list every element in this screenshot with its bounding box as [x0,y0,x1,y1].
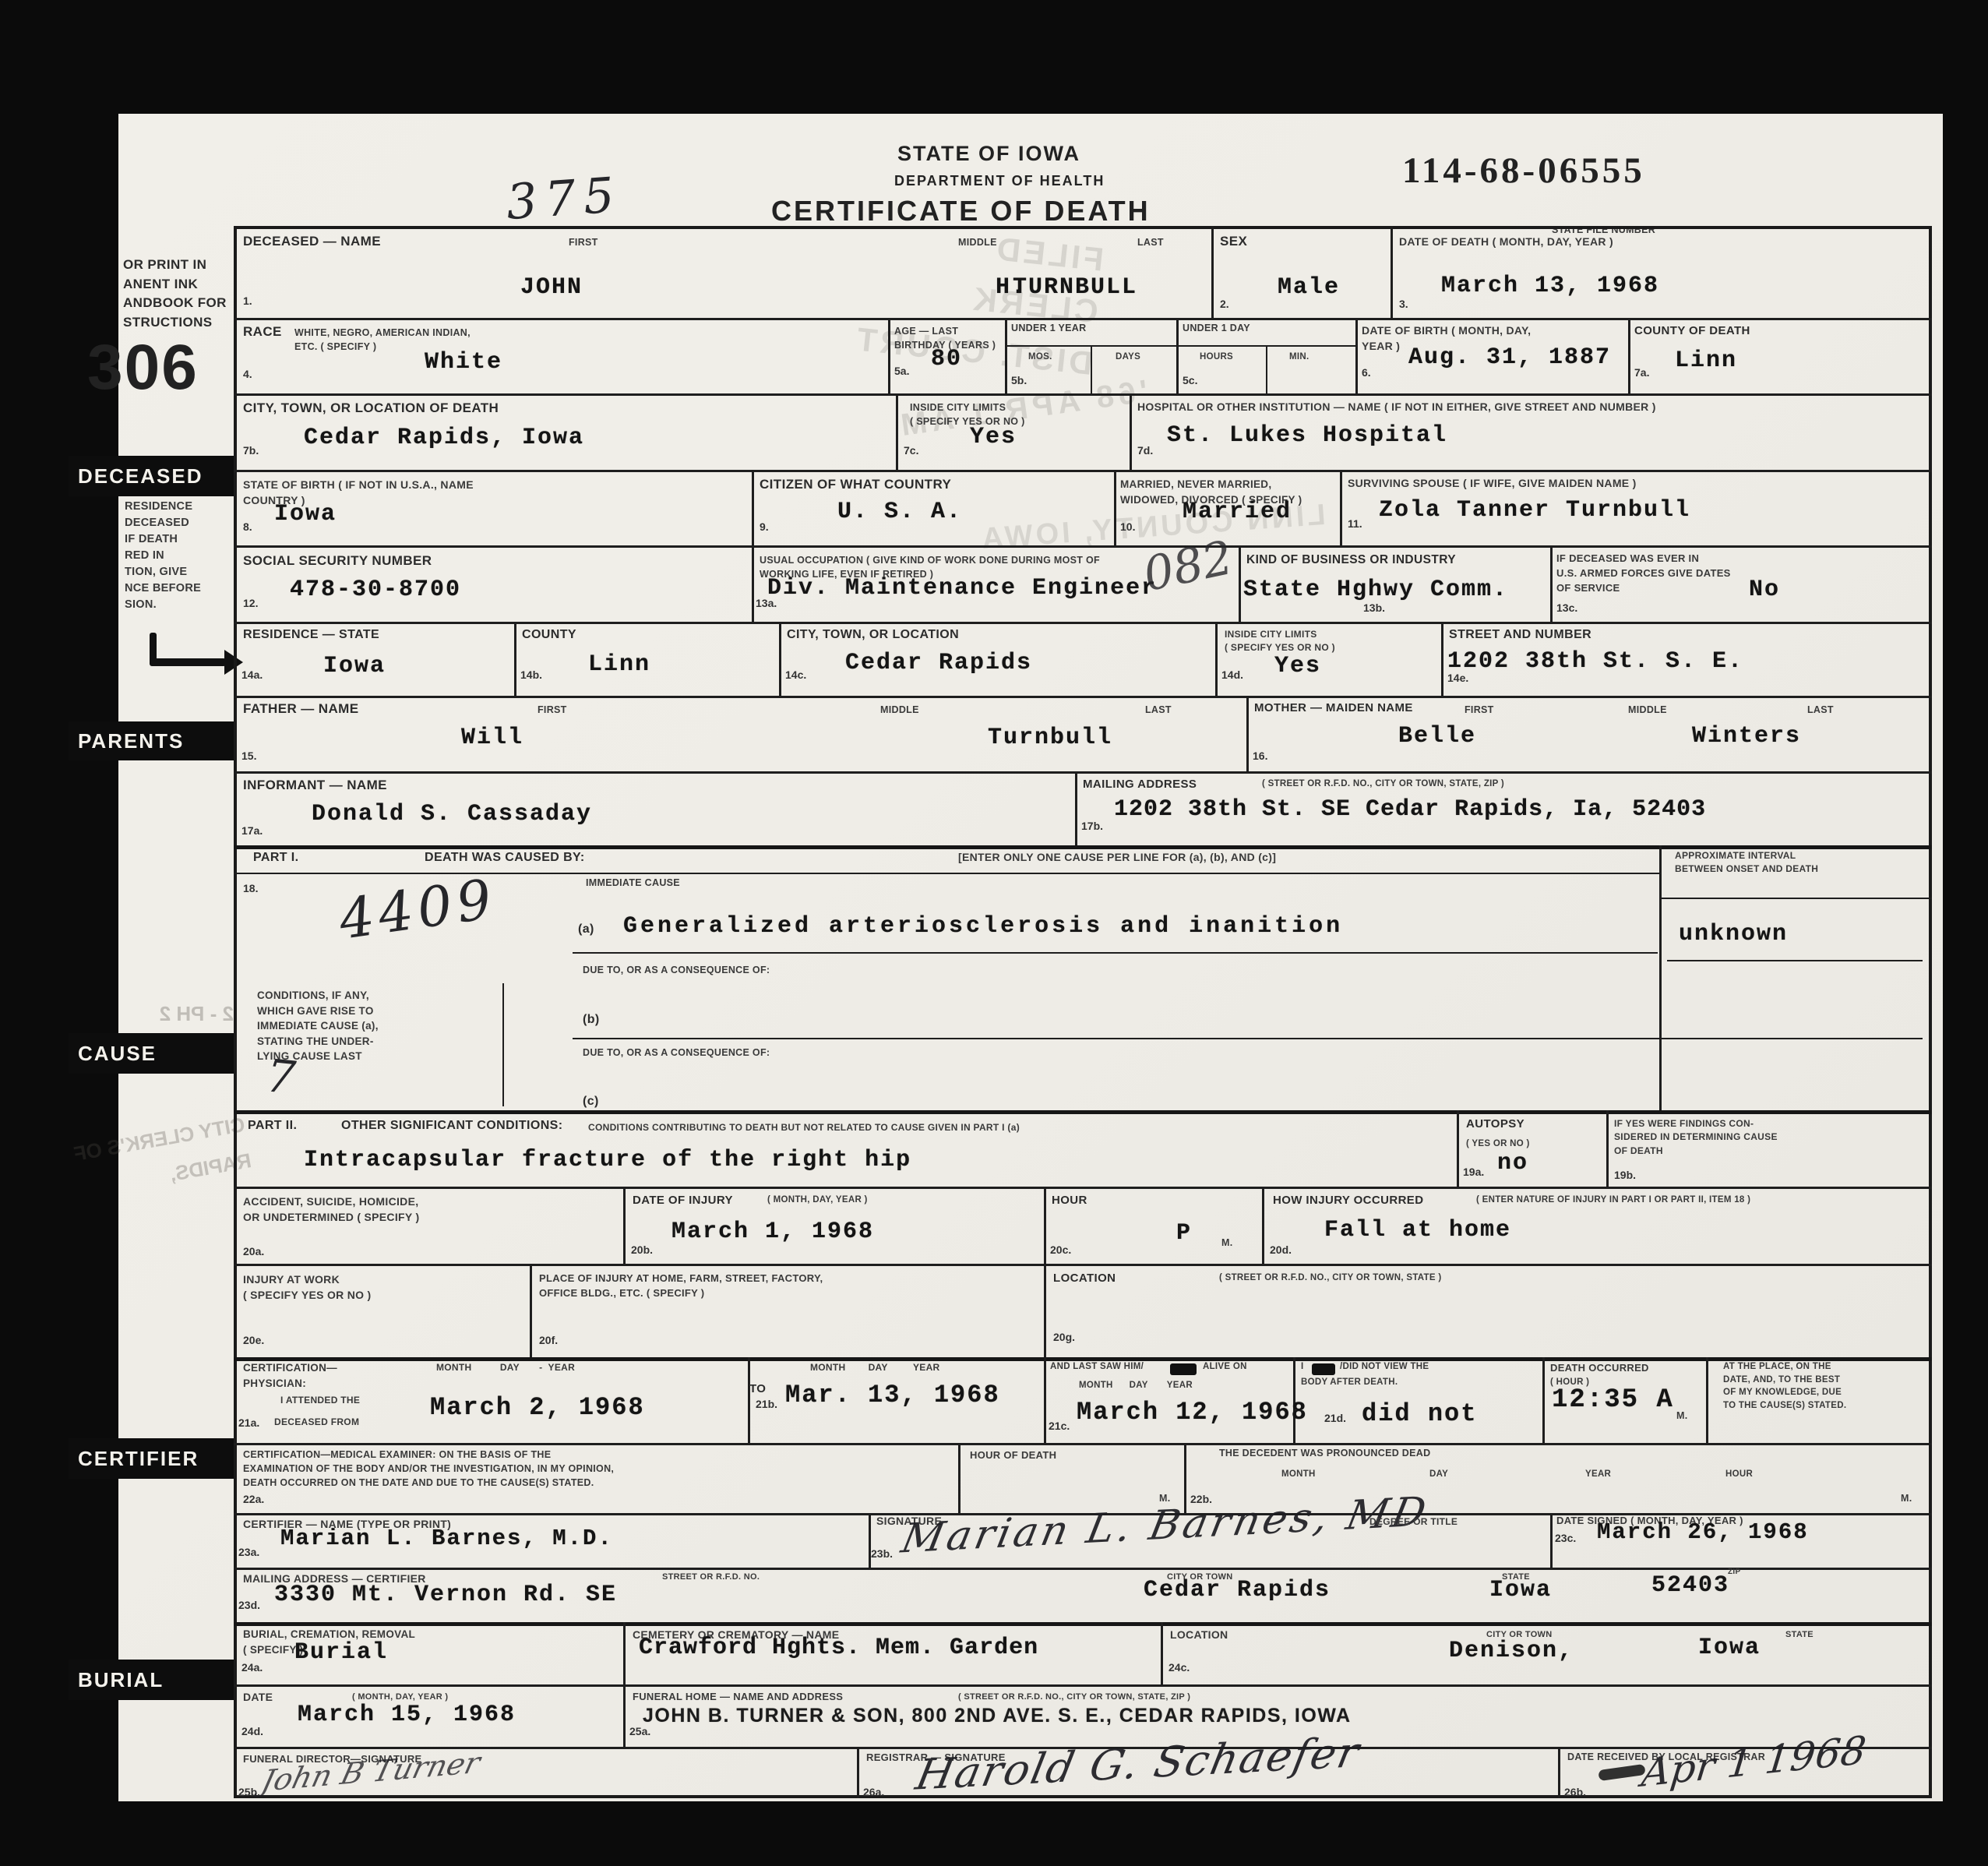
item-20g-number: 20g. [1053,1331,1075,1343]
grid-line [1091,345,1092,393]
middle-label: MIDDLE [958,237,997,248]
state-heading: STATE OF IOWA [897,142,1080,166]
interval-label: APPROXIMATE INTERVAL BETWEEN ONSET AND D… [1675,849,1818,877]
attended-label: I ATTENDED THE [280,1395,360,1406]
certifier-city-value: Cedar Rapids [1144,1577,1331,1603]
place-of-injury-label: PLACE OF INJURY AT HOME, FARM, STREET, F… [539,1272,823,1301]
informant-address-value: 1202 38th St. SE Cedar Rapids, Ia, 52403 [1114,796,1706,823]
last-saw-label-1: AND LAST SAW HIM/ [1050,1362,1144,1371]
grid-line [752,470,754,545]
mother-first-value: Belle [1398,723,1476,750]
view-label-3: BODY AFTER DEATH. [1301,1377,1398,1387]
autopsy-label: AUTOPSY [1466,1117,1524,1131]
mother-first-label: FIRST [1465,704,1494,715]
part2-value: Intracapsular fracture of the right hip [304,1147,911,1173]
item-20e-number: 20e. [243,1334,264,1346]
state-file-number: 114-68-06555 [1402,150,1645,192]
item-20b-number: 20b. [631,1243,653,1256]
informant-value: Donald S. Cassaday [312,801,592,827]
grid-line [234,1684,1932,1687]
handwritten-seven: 7 [264,1049,298,1104]
residence-icl-label: INSIDE CITY LIMITS ( SPECIFY YES OR NO ) [1225,628,1335,655]
marital-status-value: Married [1183,499,1292,525]
due-to-label-1: DUE TO, OR AS A CONSEQUENCE OF: [583,965,770,975]
grid-line [1075,771,1077,845]
how-injury-label: HOW INJURY OCCURRED [1273,1194,1423,1207]
grid-line [234,1187,1932,1189]
mdy-header-1: MONTH DAY - YEAR [436,1362,575,1373]
residence-county-value: Linn [588,651,650,678]
grid-line [1176,318,1179,393]
grid-line [234,1357,1932,1361]
grid-line [1114,470,1116,545]
section-tab-parents: PARENTS [69,721,235,760]
hours-label: HOURS [1200,352,1233,362]
part2-conditions-label: OTHER SIGNIFICANT CONDITIONS: [341,1119,562,1133]
deceased-name-label: DECEASED — NAME [243,234,381,249]
grid-line [1558,1747,1560,1798]
certifier-state-value: Iowa [1489,1577,1552,1603]
grid-line [958,1443,961,1513]
grid-line [1542,1357,1545,1443]
father-last-label: LAST [1145,704,1172,715]
pronounced-year-label: YEAR [1585,1469,1611,1479]
burial-state-label: STATE [1785,1630,1814,1639]
item-12-number: 12. [243,597,258,609]
days-label: DAYS [1116,352,1140,362]
medical-examiner-label: CERTIFICATION—MEDICAL EXAMINER: ON THE B… [243,1448,614,1490]
item-7c-number: 7c. [904,444,918,457]
date-of-injury-value: March 1, 1968 [671,1219,874,1245]
part1-label: PART I. [253,851,299,865]
pronounced-dead-label: THE DECEDENT WAS PRONOUNCED DEAD [1219,1448,1430,1459]
item-19a-number: 19a. [1463,1166,1484,1178]
item-1-number: 1. [243,295,252,307]
view-label-2: /DID NOT VIEW THE [1340,1362,1429,1371]
to-label: TO [749,1382,766,1395]
grid-line [857,1747,859,1798]
certifier-zip-value: 52403 [1651,1572,1729,1599]
grid-line [748,1357,750,1443]
burial-location-label: LOCATION [1170,1628,1228,1641]
item-7b-number: 7b. [243,444,259,457]
informant-address-label: MAILING ADDRESS [1083,778,1197,791]
grid-line [1239,545,1241,622]
how-injury-value: Fall at home [1324,1217,1511,1243]
part2-label: PART II. [248,1119,297,1133]
item-23b-number: 23b. [871,1547,893,1560]
armed-forces-value: No [1749,577,1780,603]
redaction-mark-did [1312,1363,1335,1375]
item-2-number: 2. [1220,298,1229,310]
autopsy-value: no [1497,1150,1528,1176]
grid-line [1130,393,1132,470]
cause-c-label: (c) [583,1095,599,1109]
section-tab-certifier: CERTIFIER [69,1438,235,1479]
grid-line [1457,1110,1459,1187]
section-tab-deceased: DECEASED [69,456,235,496]
item-21b-number: 21b. [756,1398,777,1410]
cause-b-label: (b) [583,1013,600,1027]
item-17a-number: 17a. [241,824,263,837]
grid-line [234,1264,1932,1266]
grid-line [1606,1110,1609,1187]
street-number-value: 1202 38th St. S. E. [1447,648,1743,675]
item-14d-number: 14d. [1221,668,1243,681]
certifier-zip-label: ZIP [1728,1568,1740,1576]
death-occurred-m-label: M. [1676,1410,1688,1421]
attended-from-value: March 2, 1968 [430,1393,645,1422]
burial-date-sublabel: ( MONTH, DAY, YEAR ) [352,1692,448,1702]
form-border [234,226,1932,1798]
county-of-death-value: Linn [1675,347,1737,374]
date-of-injury-sublabel: ( MONTH, DAY, YEAR ) [767,1195,868,1205]
grid-line [1266,345,1267,393]
ph-stamp: 2 - PH 2 [160,1002,234,1026]
death-occurred-value: 12:35 A [1552,1385,1674,1415]
grid-line [752,545,754,622]
grid-line [779,622,781,696]
funeral-home-sublabel: ( STREET OR R.F.D. NO., CITY OR TOWN, ST… [958,1692,1190,1702]
item-20c-number: 20c. [1050,1243,1071,1256]
grid-line [1044,1357,1046,1443]
county-of-death-label: COUNTY OF DEATH [1634,324,1750,337]
informant-label: INFORMANT — NAME [243,778,387,793]
conditions-brace-line [502,983,504,1106]
months-label: MOS. [1028,352,1052,362]
grid-line [1628,318,1630,393]
business-label: KIND OF BUSINESS OR INDUSTRY [1246,553,1456,567]
funeral-home-label: FUNERAL HOME — NAME AND ADDRESS [633,1691,843,1702]
grid-line [1246,696,1249,771]
certification-label: CERTIFICATION— [243,1362,337,1374]
cemetery-value: Crawford Hghts. Mem. Garden [639,1635,1038,1661]
item-11-number: 11. [1348,517,1362,530]
section-tab-burial: BURIAL [69,1660,235,1700]
cause-a-underline [573,952,1658,954]
street-number-label: STREET AND NUMBER [1449,628,1591,642]
date-signed-value: March 26, 1968 [1597,1519,1809,1545]
item-23c-number: 23c. [1555,1532,1576,1544]
item-26b-number: 26b. [1564,1786,1586,1798]
item-24a-number: 24a. [241,1661,263,1674]
accident-label: ACCIDENT, SUICIDE, HOMICIDE, OR UNDETERM… [243,1194,419,1226]
grid-line [1161,1622,1163,1684]
injury-location-sublabel: ( STREET OR R.F.D. NO., CITY OR TOWN, ST… [1219,1273,1441,1282]
occupation-value: Div. Maintenance Engineer [767,575,1157,601]
sex-value: Male [1278,274,1340,301]
margin-form-number: 306 [87,331,199,404]
item-21d-number: 21d. [1324,1412,1346,1424]
grid-line [234,622,1932,624]
pronounced-m-label: M. [1901,1493,1912,1504]
father-middle-label: MIDDLE [880,704,919,715]
due-to-label-2: DUE TO, OR AS A CONSEQUENCE OF: [583,1047,770,1058]
item-20a-number: 20a. [243,1245,264,1258]
grid-line [623,1622,626,1684]
injury-hour-value: P [1176,1220,1192,1247]
item-5a-number: 5b. [1011,374,1027,386]
residence-county-label: COUNTY [522,628,576,642]
findings-label: IF YES WERE FINDINGS CON- SIDERED IN DET… [1614,1117,1778,1158]
race-label: RACE [243,324,282,340]
grid-line [1391,226,1393,318]
pronounced-month-label: MONTH [1281,1469,1316,1479]
state-of-birth-value: Iowa [274,501,337,527]
citizen-value: U. S. A. [837,499,962,525]
date-of-birth-value: Aug. 31, 1887 [1408,344,1611,371]
residence-city-value: Cedar Rapids [845,650,1032,676]
grid-line [234,1622,1932,1626]
grid-line [1340,470,1342,545]
burial-date-value: March 15, 1968 [298,1702,516,1728]
grid-line [1005,345,1355,347]
father-last-value: Turnbull [988,725,1112,751]
item-15-number: 15. [241,750,256,762]
item-13b-number: 13b. [1363,601,1385,614]
item-7a-number: 7a. [1634,366,1649,379]
section-tab-cause: CAUSE [69,1033,235,1074]
dept-heading: DEPARTMENT OF HEALTH [894,173,1105,189]
grid-line [1550,1513,1553,1568]
city-of-death-value: Cedar Rapids, Iowa [304,425,584,451]
name-last-value: TURNBULL [1013,274,1137,301]
item-16-number: 16. [1253,750,1267,762]
mdy-header-3: MONTH DAY YEAR [1079,1381,1193,1390]
item-14b-number: 14b. [520,668,542,681]
funeral-home-value: JOHN B. TURNER & SON, 800 2ND AVE. S. E.… [643,1705,1352,1727]
item-10-number: 10. [1120,520,1135,533]
last-saw-label-2: ALIVE ON [1203,1362,1247,1371]
under-1-day-label: UNDER 1 DAY [1183,323,1250,333]
cause-b-underline [573,1038,1923,1039]
injury-hour-m-label: M. [1221,1237,1233,1248]
date-of-death-value: March 13, 1968 [1441,273,1659,299]
injury-hour-label: HOUR [1052,1194,1087,1207]
residence-icl-value: Yes [1274,653,1321,679]
race-value: White [425,349,502,376]
citizen-label: CITIZEN OF WHAT COUNTRY [760,477,951,492]
redaction-mark-her [1170,1363,1197,1375]
name-first-value: JOHN [520,274,583,301]
grid-line [530,1264,532,1357]
date-of-injury-label: DATE OF INJURY [633,1194,733,1207]
burial-state-value: Iowa [1698,1635,1761,1661]
hospital-value: St. Lukes Hospital [1167,422,1447,449]
grid-line [1262,1187,1264,1264]
view-label-1: I [1301,1362,1304,1371]
surviving-spouse-value: Zola Tanner Turnbull [1379,497,1690,524]
injury-at-work-label: INJURY AT WORK ( SPECIFY YES OR NO ) [243,1272,371,1303]
mother-last-label: LAST [1807,704,1834,715]
item-5c-number: 5c. [1183,374,1197,386]
ssn-value: 478-30-8700 [290,577,461,603]
grid-line [1706,1357,1708,1443]
part1-enter-only-label: [ENTER ONLY ONE CAUSE PER LINE FOR (a), … [958,851,1276,863]
surviving-spouse-label: SURVIVING SPOUSE ( IF WIFE, GIVE MAIDEN … [1348,477,1637,489]
residence-state-label: RESIDENCE — STATE [243,628,379,642]
interval-underline [1667,960,1923,961]
injury-location-label: LOCATION [1053,1272,1116,1285]
grid-line [1044,1264,1046,1357]
grid-line [1005,318,1007,393]
grid-line [234,470,1932,472]
mdy-header-2: MONTH DAY YEAR [810,1362,940,1373]
item-21c-number: 21c. [1049,1420,1070,1432]
place-date-note: AT THE PLACE, ON THE DATE, AND, TO THE B… [1723,1360,1846,1413]
physician-label: PHYSICIAN: [243,1377,306,1389]
grid-line [1044,1187,1046,1264]
item-5a-number2: 5a. [894,365,909,377]
margin-arrow-bar [150,658,226,666]
attended-to-value: Mar. 13, 1968 [785,1381,1000,1409]
residence-state-value: Iowa [323,653,386,679]
grid-line [234,1568,1932,1570]
grid-line [623,1187,626,1264]
item-14a-number: 14a. [241,668,263,681]
mother-name-label: MOTHER — MAIDEN NAME [1254,701,1413,714]
item-9-number: 9. [760,520,769,533]
how-injury-sublabel: ( ENTER NATURE OF INJURY IN PART I OR PA… [1476,1195,1750,1205]
grid-line [234,318,1932,320]
item-25b-number: 25b. [238,1786,260,1798]
informant-address-sublabel: ( STREET OR R.F.D. NO., CITY OR TOWN, ST… [1262,779,1504,788]
certifier-address-value: 3330 Mt. Vernon Rd. SE [274,1582,617,1608]
father-first-value: Will [461,725,523,751]
residence-city-label: CITY, TOWN, OR LOCATION [787,628,959,642]
death-occurred-label: DEATH OCCURRED [1550,1362,1649,1374]
cause-a-value: Generalized arteriosclerosis and inaniti… [623,913,1343,940]
inside-city-limits-value: Yes [970,424,1017,450]
grid-line [896,393,898,470]
grid-line [1215,622,1218,696]
grid-line [234,393,1932,396]
grid-line [234,1110,1932,1114]
certifier-name-value: Marian L. Barnes, M.D. [280,1526,613,1551]
item-24c-number: 24c. [1168,1661,1190,1674]
ssn-label: SOCIAL SECURITY NUMBER [243,553,432,569]
grid-line [514,622,516,696]
item-13c-number: 13c. [1556,601,1577,614]
deceased-from-label: DECEASED FROM [274,1416,359,1427]
item-20f-number: 20f. [539,1334,558,1346]
grid-line [234,696,1932,698]
mother-last-value: Winters [1692,723,1801,750]
burial-date-label: DATE [243,1691,273,1703]
hospital-label: HOSPITAL OR OTHER INSTITUTION — NAME ( I… [1137,400,1656,413]
business-value: State Hghwy Comm. [1243,577,1508,603]
item-17b-number: 17b. [1081,820,1103,832]
last-saw-value: March 12, 1968 [1077,1398,1308,1427]
autopsy-sublabel: ( YES OR NO ) [1466,1139,1530,1148]
mother-middle-label: MIDDLE [1628,704,1667,715]
view-value: did not [1362,1399,1477,1428]
first-label: FIRST [569,237,598,248]
father-name-label: FATHER — NAME [243,701,358,717]
under-1-year-label: UNDER 1 YEAR [1011,323,1086,333]
item-22a-number: 22a. [243,1493,264,1505]
grid-line [1355,318,1358,393]
item-23a-number: 23a. [238,1546,259,1558]
grid-line [1211,226,1214,318]
handwritten-register-number: 375 [505,166,624,231]
grid-line [234,1443,1932,1445]
part2-sublabel: CONDITIONS CONTRIBUTING TO DEATH BUT NOT… [588,1122,1020,1133]
margin-residence-note: RESIDENCE DECEASED IF DEATH RED IN TION,… [125,499,201,613]
item-20d-number: 20d. [1270,1243,1292,1256]
armed-forces-label: IF DECEASED WAS EVER IN U.S. ARMED FORCE… [1556,552,1731,596]
item-14c-number: 14c. [785,668,806,681]
sex-label: SEX [1220,234,1247,249]
pronounced-hour-label: HOUR [1725,1469,1753,1479]
item-4-number: 4. [243,368,252,380]
burial-city-value: Denison, [1449,1638,1574,1664]
immediate-cause-label: IMMEDIATE CAUSE [586,877,680,888]
degree-title-label: DEGREE OR TITLE [1369,1516,1458,1527]
grid-line [888,318,890,393]
item-23d-number: 23d. [238,1599,260,1611]
grid-line [1659,898,1932,899]
city-of-death-label: CITY, TOWN, OR LOCATION OF DEATH [243,400,499,416]
item-21a-number: 21a. [238,1416,259,1429]
grid-line [1441,622,1443,696]
item-18-number: 18. [243,882,258,894]
grid-line [234,545,1932,548]
pronounced-day-label: DAY [1429,1469,1448,1479]
item-19b-number: 19b. [1614,1169,1636,1181]
item-8-number: 8. [243,520,252,533]
father-first-label: FIRST [538,704,567,715]
date-of-death-label: DATE OF DEATH ( MONTH, DAY, YEAR ) [1399,235,1613,248]
item-7d-number: 7d. [1137,444,1153,457]
interval-value: unknown [1679,921,1788,947]
last-label: LAST [1137,237,1164,248]
street-rfd-label: STREET OR R.F.D. NO. [662,1572,760,1582]
grid-line [234,771,1932,774]
item-24d-number: 24d. [241,1725,263,1737]
burial-value: Burial [294,1639,388,1666]
grid-line [1659,845,1662,1110]
cause-a-label: (a) [578,922,594,937]
grid-line [1550,545,1553,622]
grid-line [623,1684,626,1747]
age-value: 80 [931,346,962,372]
part1-caused-by-label: DEATH WAS CAUSED BY: [425,851,585,865]
min-label: MIN. [1289,352,1309,362]
margin-instructions: OR PRINT IN ANENT INK ANDBOOK FOR STRUCT… [123,256,227,333]
hour-of-death-label: HOUR OF DEATH [970,1449,1056,1461]
item-3-number: 3. [1399,298,1408,310]
scanned-death-certificate: STATE OF IOWA DEPARTMENT OF HEALTH CERTI… [0,0,1988,1866]
item-6-number: 6. [1362,366,1371,379]
item-26a-number: 26a. [863,1786,884,1798]
